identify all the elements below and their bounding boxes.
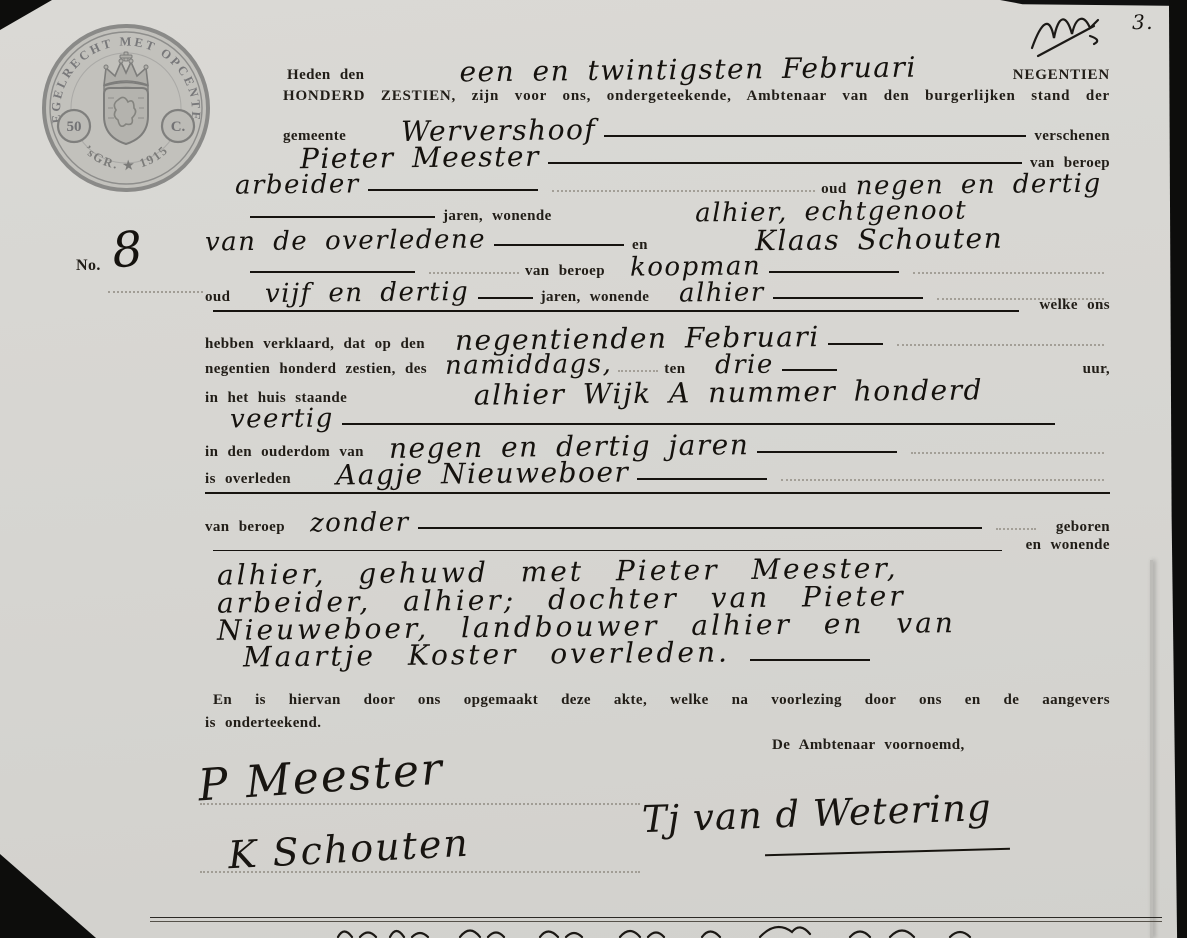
ink-line <box>828 343 883 345</box>
section-rule <box>205 492 1110 494</box>
label-welke-ons: welke ons <box>1039 298 1110 313</box>
label-negentien: NEGENTIEN <box>1013 68 1110 83</box>
label-geboren: geboren <box>1056 520 1110 535</box>
ink-line <box>769 271 899 273</box>
written-date: een en twintigsten Februari <box>364 53 1013 88</box>
act-line-beroep-overledene: van beroep zonder geboren <box>205 510 1110 536</box>
label-heden-den: Heden den <box>287 68 364 83</box>
ink-line <box>604 135 1026 137</box>
page-number: 3. <box>1132 12 1154 32</box>
act-line-declarant2-beroep: van beroep koopman <box>205 254 1110 280</box>
uur-waarde: drie <box>715 352 774 379</box>
act-line-ouderdom: in den ouderdom van negen en dertig jare… <box>205 433 1110 461</box>
dagdeel: namiddags, <box>445 351 613 379</box>
record-number-value: 8 <box>110 224 147 275</box>
ink-line <box>548 162 1022 164</box>
ink-line <box>213 310 1019 312</box>
label-is-overleden: is overleden <box>205 472 291 487</box>
ink-line <box>782 369 837 371</box>
act-line-relatie: van de overledene en Klaas Schouten <box>205 226 1110 254</box>
seal-denomination-50: 50 <box>67 119 82 135</box>
registrar-initials-scribble <box>1028 6 1132 60</box>
overledene-detail-4: Maartje Koster overleden. <box>243 638 730 671</box>
signature-dotted-line <box>200 871 640 873</box>
label-ten: ten <box>664 362 685 377</box>
act-line-date: Heden den een en twintigsten Februari NE… <box>287 56 1110 84</box>
ink-line <box>757 451 897 453</box>
death-certificate-scan: ZEGELRECHT MET OPCENTEN ’sGR. ★ 1915 50 … <box>0 0 1187 938</box>
declarant2-beroep: koopman <box>630 253 761 280</box>
dotted-leader <box>781 479 1104 481</box>
dotted-leader <box>429 272 519 274</box>
label-jaren-wonende-1: jaren, wonende <box>443 209 552 224</box>
dotted-leader <box>552 190 815 192</box>
next-act-separator-rule <box>150 921 1162 922</box>
next-act-separator-rule <box>150 917 1162 918</box>
signature-declarant2: K Schouten <box>227 821 471 878</box>
ambtenaar-label: De Ambtenaar voornoemd, <box>772 738 965 753</box>
act-line-year: HONDERD ZESTIEN, zijn voor ons, onderget… <box>283 89 1110 104</box>
record-number-label: No. <box>76 258 101 274</box>
label-honderd-zestien: HONDERD ZESTIEN, zijn voor ons, onderget… <box>283 89 1110 104</box>
ink-line <box>250 216 435 218</box>
dotted-leader <box>911 452 1104 454</box>
ink-line <box>342 423 1055 425</box>
label-van-beroep-3: van beroep <box>205 520 285 535</box>
signature-ambtenaar: Tj van d Wetering <box>641 786 992 841</box>
label-en-wonende: en wonende <box>1026 538 1110 553</box>
declarant1-beroep: arbeider <box>235 171 360 198</box>
relatie-overledene: van de overledene <box>205 227 486 256</box>
huis-adres-2: veertig <box>230 405 334 432</box>
scan-corner-bottom-left <box>0 854 96 938</box>
signature-dotted-line <box>200 803 640 805</box>
ink-line <box>250 271 415 273</box>
closing-line-1: En is hiervan door ons opgemaakt deze ak… <box>213 693 1110 708</box>
label-van-beroep-2: van beroep <box>525 264 605 279</box>
ink-line <box>637 478 767 480</box>
dotted-leader <box>913 272 1104 274</box>
revenue-stamp-seal: ZEGELRECHT MET OPCENTEN ’sGR. ★ 1915 50 … <box>40 22 212 194</box>
overledene-beroep: zonder <box>310 509 410 536</box>
declarant1-leeftijd: negen en dertig <box>846 171 1110 200</box>
seal-denomination-c: C. <box>171 119 186 135</box>
label-en: en <box>632 238 648 253</box>
signature-declarant1: P Meester <box>197 743 446 811</box>
overledene-naam: Aagje Nieuweboer <box>336 458 630 489</box>
dotted-leader <box>897 344 1104 346</box>
label-hebben-verklaard: hebben verklaard, dat op den <box>205 337 425 352</box>
ink-line <box>494 244 624 246</box>
dotted-leader <box>108 291 203 293</box>
act-line-declarant1-name: Pieter Meester van beroep <box>205 144 1110 172</box>
coat-of-arms-shield-icon <box>104 88 148 144</box>
act-line-welke-ons: welke ons <box>205 298 1110 313</box>
act-line-detail-4: Maartje Koster overleden. <box>205 641 1110 669</box>
scan-edge-right <box>1165 0 1187 938</box>
label-oud-1: oud <box>821 182 846 197</box>
closing-line-2: is onderteekend. <box>205 716 1110 731</box>
act-line-verklaring: hebben verklaard, dat op den negentiende… <box>205 325 1110 353</box>
dotted-leader <box>618 370 658 372</box>
act-line-en-wonende: en wonende <box>205 538 1110 553</box>
ink-line <box>750 659 870 661</box>
closing-text-1: En is hiervan door ons opgemaakt deze ak… <box>213 693 1110 708</box>
closing-text-2: is onderteekend. <box>205 716 321 731</box>
act-line-overledene: is overleden Aagje Nieuweboer <box>205 460 1110 488</box>
next-entry-clipped-handwriting <box>330 924 1050 938</box>
act-line-huis: in het huis staande alhier Wijk A nummer… <box>205 379 1110 407</box>
label-negentien-honderd-zestien: negentien honderd zestien, des <box>205 362 427 377</box>
dotted-leader <box>996 528 1036 530</box>
act-line-declarant1-beroep: arbeider oud negen en dertig <box>205 172 1110 198</box>
signature-flourish-line <box>765 848 1010 856</box>
ink-line <box>418 527 982 529</box>
ink-line <box>368 189 538 191</box>
page-crease <box>1150 560 1153 938</box>
label-verschenen: verschenen <box>1034 129 1110 144</box>
